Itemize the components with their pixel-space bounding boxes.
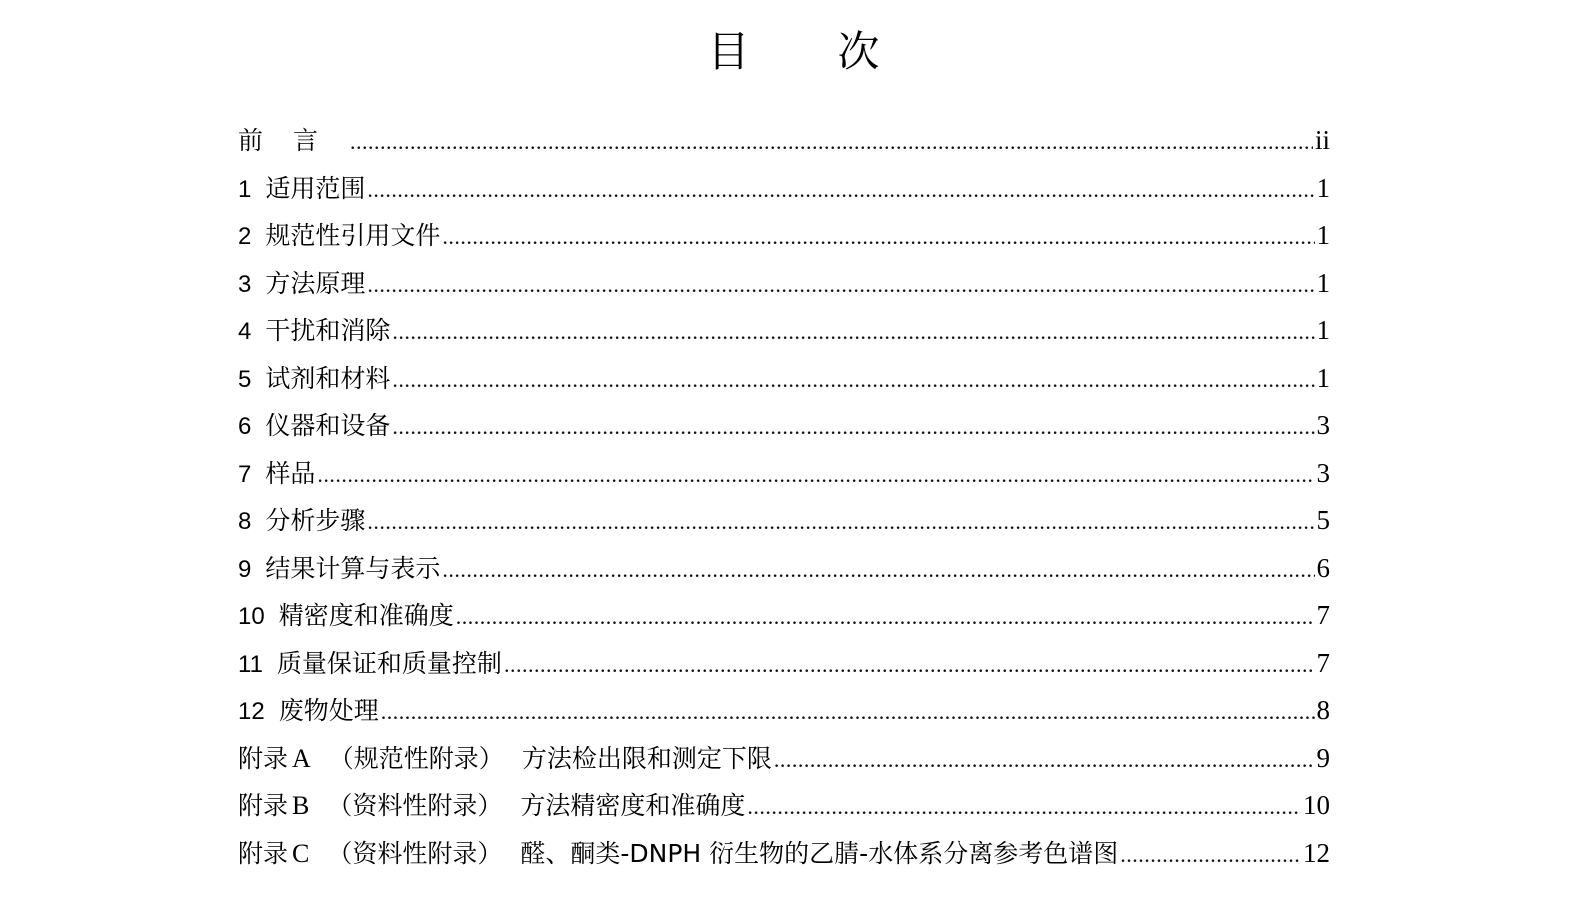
toc-entry-page: 1 — [1317, 260, 1331, 308]
toc-entry-page: 1 — [1317, 212, 1331, 260]
dot-leader — [442, 213, 1314, 261]
toc-entry-appendix[interactable]: 附录 B （资料性附录） 方法精密度和准确度 10 — [238, 782, 1330, 830]
toc-entry-number: 7 — [238, 451, 251, 499]
toc-entry-section[interactable]: 8 分析步骤 5 — [238, 497, 1330, 545]
appendix-title: 醛、酮类-DNPH 衍生物的乙腈-水体系分离参考色谱图 — [520, 830, 1118, 878]
appendix-letter: A — [292, 735, 311, 783]
toc-entry-section[interactable]: 5 试剂和材料 1 — [238, 355, 1330, 403]
toc-entry-label: 分析步骤 — [265, 497, 365, 545]
toc-entry-section[interactable]: 2 规范性引用文件 1 — [238, 212, 1330, 260]
toc-entry-label: 试剂和材料 — [265, 355, 390, 403]
toc-entry-section[interactable]: 7 样品 3 — [238, 450, 1330, 498]
toc-entry-page: 6 — [1317, 545, 1331, 593]
toc-entry-section[interactable]: 1 适用范围 1 — [238, 165, 1330, 213]
appendix-prefix: 附录 — [238, 782, 288, 830]
toc-entry-number: 9 — [238, 546, 251, 594]
dot-leader — [392, 356, 1314, 404]
toc-entry-section[interactable]: 11 质量保证和质量控制 7 — [238, 640, 1330, 688]
toc-entry-number: 3 — [238, 261, 251, 309]
dot-leader — [367, 498, 1314, 546]
appendix-letter: C — [292, 830, 309, 878]
toc-entry-label: 精密度和准确度 — [279, 592, 454, 640]
toc-entry-page: 12 — [1303, 830, 1330, 878]
toc-entry-number: 10 — [238, 593, 265, 641]
toc-entry-page: 7 — [1317, 640, 1331, 688]
toc-entry-label: 仪器和设备 — [265, 402, 390, 450]
toc-entry-number: 8 — [238, 498, 251, 546]
toc-entry-page: 10 — [1303, 782, 1330, 830]
dot-leader — [774, 736, 1315, 784]
toc-entry-page: 9 — [1317, 735, 1331, 783]
toc-entry-page: 1 — [1317, 355, 1331, 403]
toc-entry-appendix[interactable]: 附录 C （资料性附录） 醛、酮类-DNPH 衍生物的乙腈-水体系分离参考色谱图… — [238, 830, 1330, 878]
toc-entry-page: 1 — [1317, 307, 1331, 355]
appendix-prefix: 附录 — [238, 830, 288, 878]
dot-leader — [1120, 831, 1301, 879]
toc-entry-label: 前言 — [238, 117, 348, 165]
dot-leader — [367, 261, 1314, 309]
dot-leader — [350, 118, 1313, 166]
toc-entry-label: 规范性引用文件 — [265, 212, 440, 260]
toc-entry-page: ii — [1315, 117, 1330, 165]
toc-entry-page: 8 — [1317, 687, 1331, 735]
toc-entry-label: 质量保证和质量控制 — [277, 640, 502, 688]
page-title-part2: 次 — [838, 22, 880, 82]
toc-entry-number: 6 — [238, 403, 251, 451]
toc-entry-section[interactable]: 6 仪器和设备 3 — [238, 402, 1330, 450]
toc-entry-section[interactable]: 4 干扰和消除 1 — [238, 307, 1330, 355]
dot-leader — [367, 166, 1314, 214]
page-title-part1: 目 — [707, 22, 749, 82]
toc-entry-label: 结果计算与表示 — [265, 545, 440, 593]
toc-entry-section[interactable]: 3 方法原理 1 — [238, 260, 1330, 308]
toc-entry-label: 干扰和消除 — [265, 307, 390, 355]
toc-entry-section[interactable]: 12 废物处理 8 — [238, 687, 1330, 735]
dot-leader — [456, 593, 1315, 641]
toc-entry-number: 11 — [238, 641, 263, 689]
toc-entry-number: 4 — [238, 308, 251, 356]
dot-leader — [504, 641, 1315, 689]
dot-leader — [747, 783, 1301, 831]
toc-entry-number: 12 — [238, 688, 265, 736]
toc-entry-number: 2 — [238, 213, 251, 261]
toc-entry-label: 方法原理 — [265, 260, 365, 308]
toc-entry-page: 1 — [1317, 165, 1331, 213]
toc-entry-section[interactable]: 9 结果计算与表示 6 — [238, 545, 1330, 593]
toc-entry-appendix[interactable]: 附录 A （规范性附录） 方法检出限和测定下限 9 — [238, 735, 1330, 783]
dot-leader — [442, 546, 1314, 594]
appendix-kind: （规范性附录） — [329, 735, 504, 783]
dot-leader — [392, 403, 1314, 451]
appendix-title: 方法精密度和准确度 — [520, 782, 745, 830]
toc-entry-page: 5 — [1317, 497, 1331, 545]
appendix-prefix: 附录 — [238, 735, 288, 783]
dot-leader — [392, 308, 1314, 356]
toc-entry-label: 适用范围 — [265, 165, 365, 213]
appendix-kind: （资料性附录） — [327, 782, 502, 830]
dot-leader — [381, 688, 1315, 736]
appendix-title: 方法检出限和测定下限 — [522, 735, 772, 783]
toc-entry-page: 3 — [1317, 402, 1331, 450]
toc-entry-section[interactable]: 10 精密度和准确度 7 — [238, 592, 1330, 640]
page-title: 目次 — [0, 22, 1587, 82]
toc-entry-number: 5 — [238, 356, 251, 404]
table-of-contents: 前言 ii 1 适用范围 1 2 规范性引用文件 1 3 方法原理 1 4 干扰… — [238, 117, 1330, 877]
toc-entry-preface[interactable]: 前言 ii — [238, 117, 1330, 165]
toc-entry-label: 样品 — [265, 450, 315, 498]
toc-entry-label: 废物处理 — [279, 687, 379, 735]
toc-entry-number: 1 — [238, 166, 251, 214]
appendix-letter: B — [292, 782, 309, 830]
appendix-kind: （资料性附录） — [327, 830, 502, 878]
toc-entry-page: 7 — [1317, 592, 1331, 640]
toc-entry-page: 3 — [1317, 450, 1331, 498]
dot-leader — [317, 451, 1314, 499]
